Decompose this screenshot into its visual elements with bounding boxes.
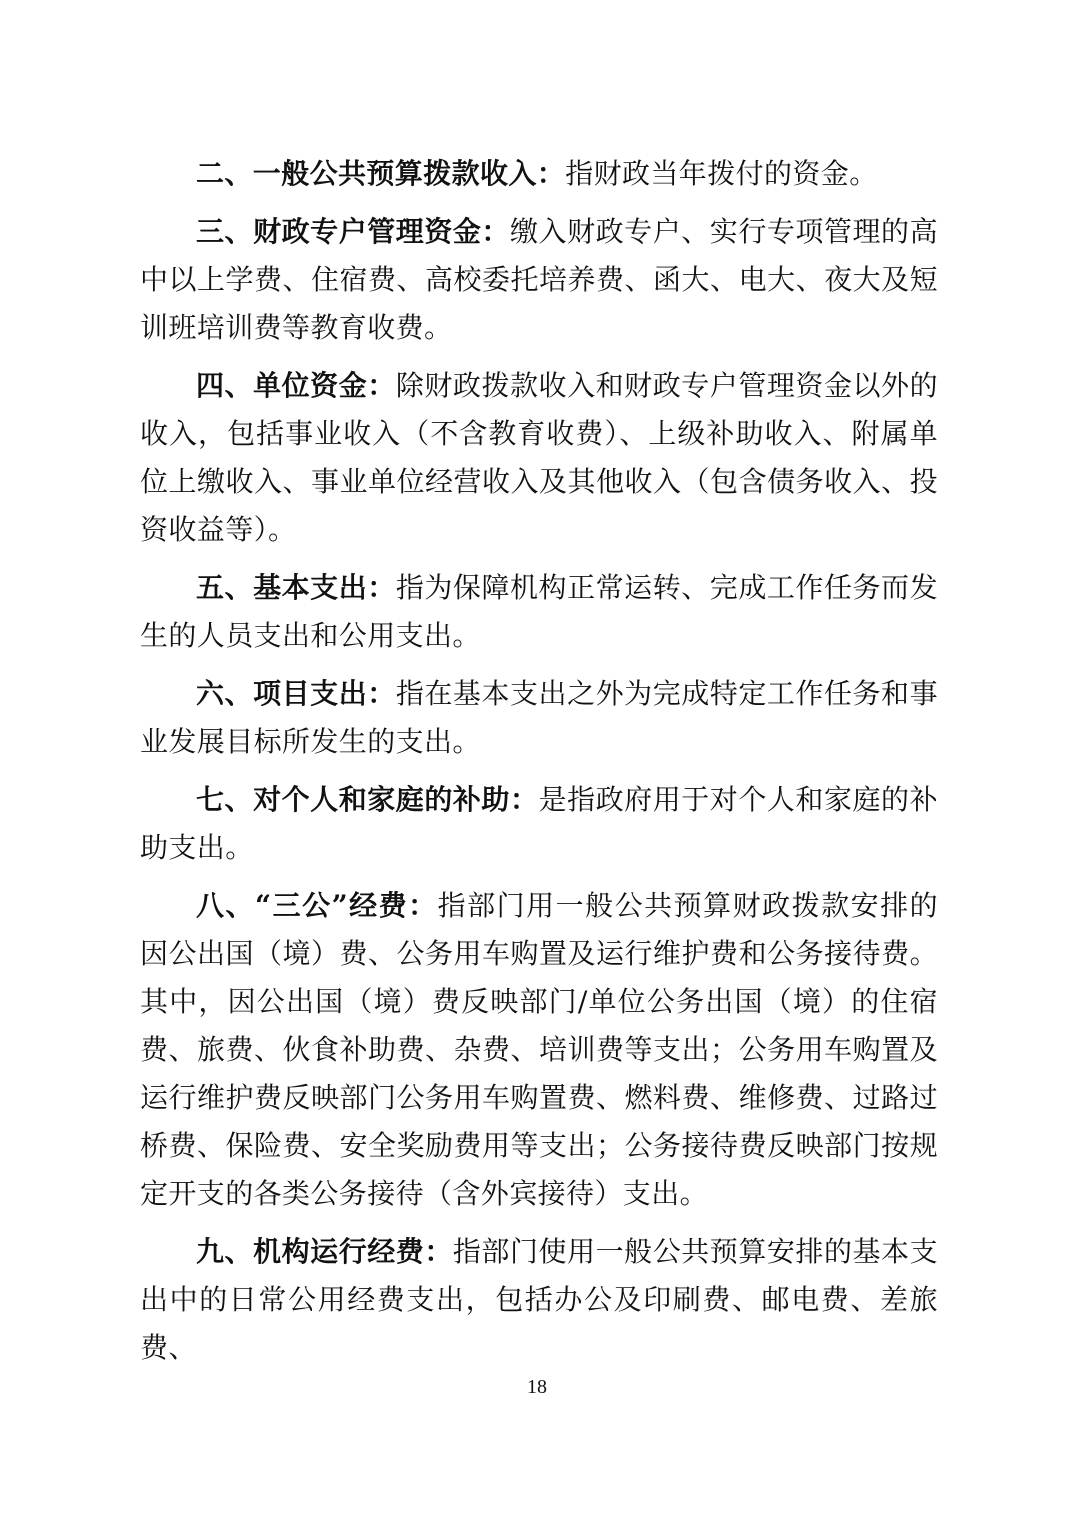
definition-text: 指部门用一般公共预算财政拨款安排的因公出国（境）费、公务用车购置及运行维护费和公… [140, 889, 938, 1210]
term-label: 九、机构运行经费： [196, 1235, 453, 1268]
definition-text: 指财政当年拨付的资金。 [565, 157, 877, 190]
term-label: 四、单位资金： [196, 369, 396, 402]
paragraph-unit-funds: 四、单位资金：除财政拨款收入和财政专户管理资金以外的收入，包括事业收入（不含教育… [140, 362, 938, 554]
term-label: 三、财政专户管理资金： [196, 215, 510, 248]
term-label: 八、“三公”经费： [196, 889, 438, 922]
paragraph-basic-expenditure: 五、基本支出：指为保障机构正常运转、完成工作任务而发生的人员支出和公用支出。 [140, 564, 938, 660]
page-number: 18 [0, 1376, 1074, 1399]
paragraph-household-subsidy: 七、对个人和家庭的补助：是指政府用于对个人和家庭的补助支出。 [140, 776, 938, 872]
document-page: 二、一般公共预算拨款收入：指财政当年拨付的资金。 三、财政专户管理资金：缴入财政… [140, 150, 938, 1382]
term-label: 七、对个人和家庭的补助： [196, 783, 539, 816]
term-label: 六、项目支出： [196, 677, 396, 710]
paragraph-three-public-expenses: 八、“三公”经费：指部门用一般公共预算财政拨款安排的因公出国（境）费、公务用车购… [140, 882, 938, 1218]
paragraph-special-account-funds: 三、财政专户管理资金：缴入财政专户、实行专项管理的高中以上学费、住宿费、高校委托… [140, 208, 938, 352]
term-label: 五、基本支出： [196, 571, 396, 604]
paragraph-operating-expenses: 九、机构运行经费：指部门使用一般公共预算安排的基本支出中的日常公用经费支出，包括… [140, 1228, 938, 1372]
term-label: 二、一般公共预算拨款收入： [196, 157, 565, 190]
paragraph-project-expenditure: 六、项目支出：指在基本支出之外为完成特定工作任务和事业发展目标所发生的支出。 [140, 670, 938, 766]
paragraph-general-budget-revenue: 二、一般公共预算拨款收入：指财政当年拨付的资金。 [140, 150, 938, 198]
